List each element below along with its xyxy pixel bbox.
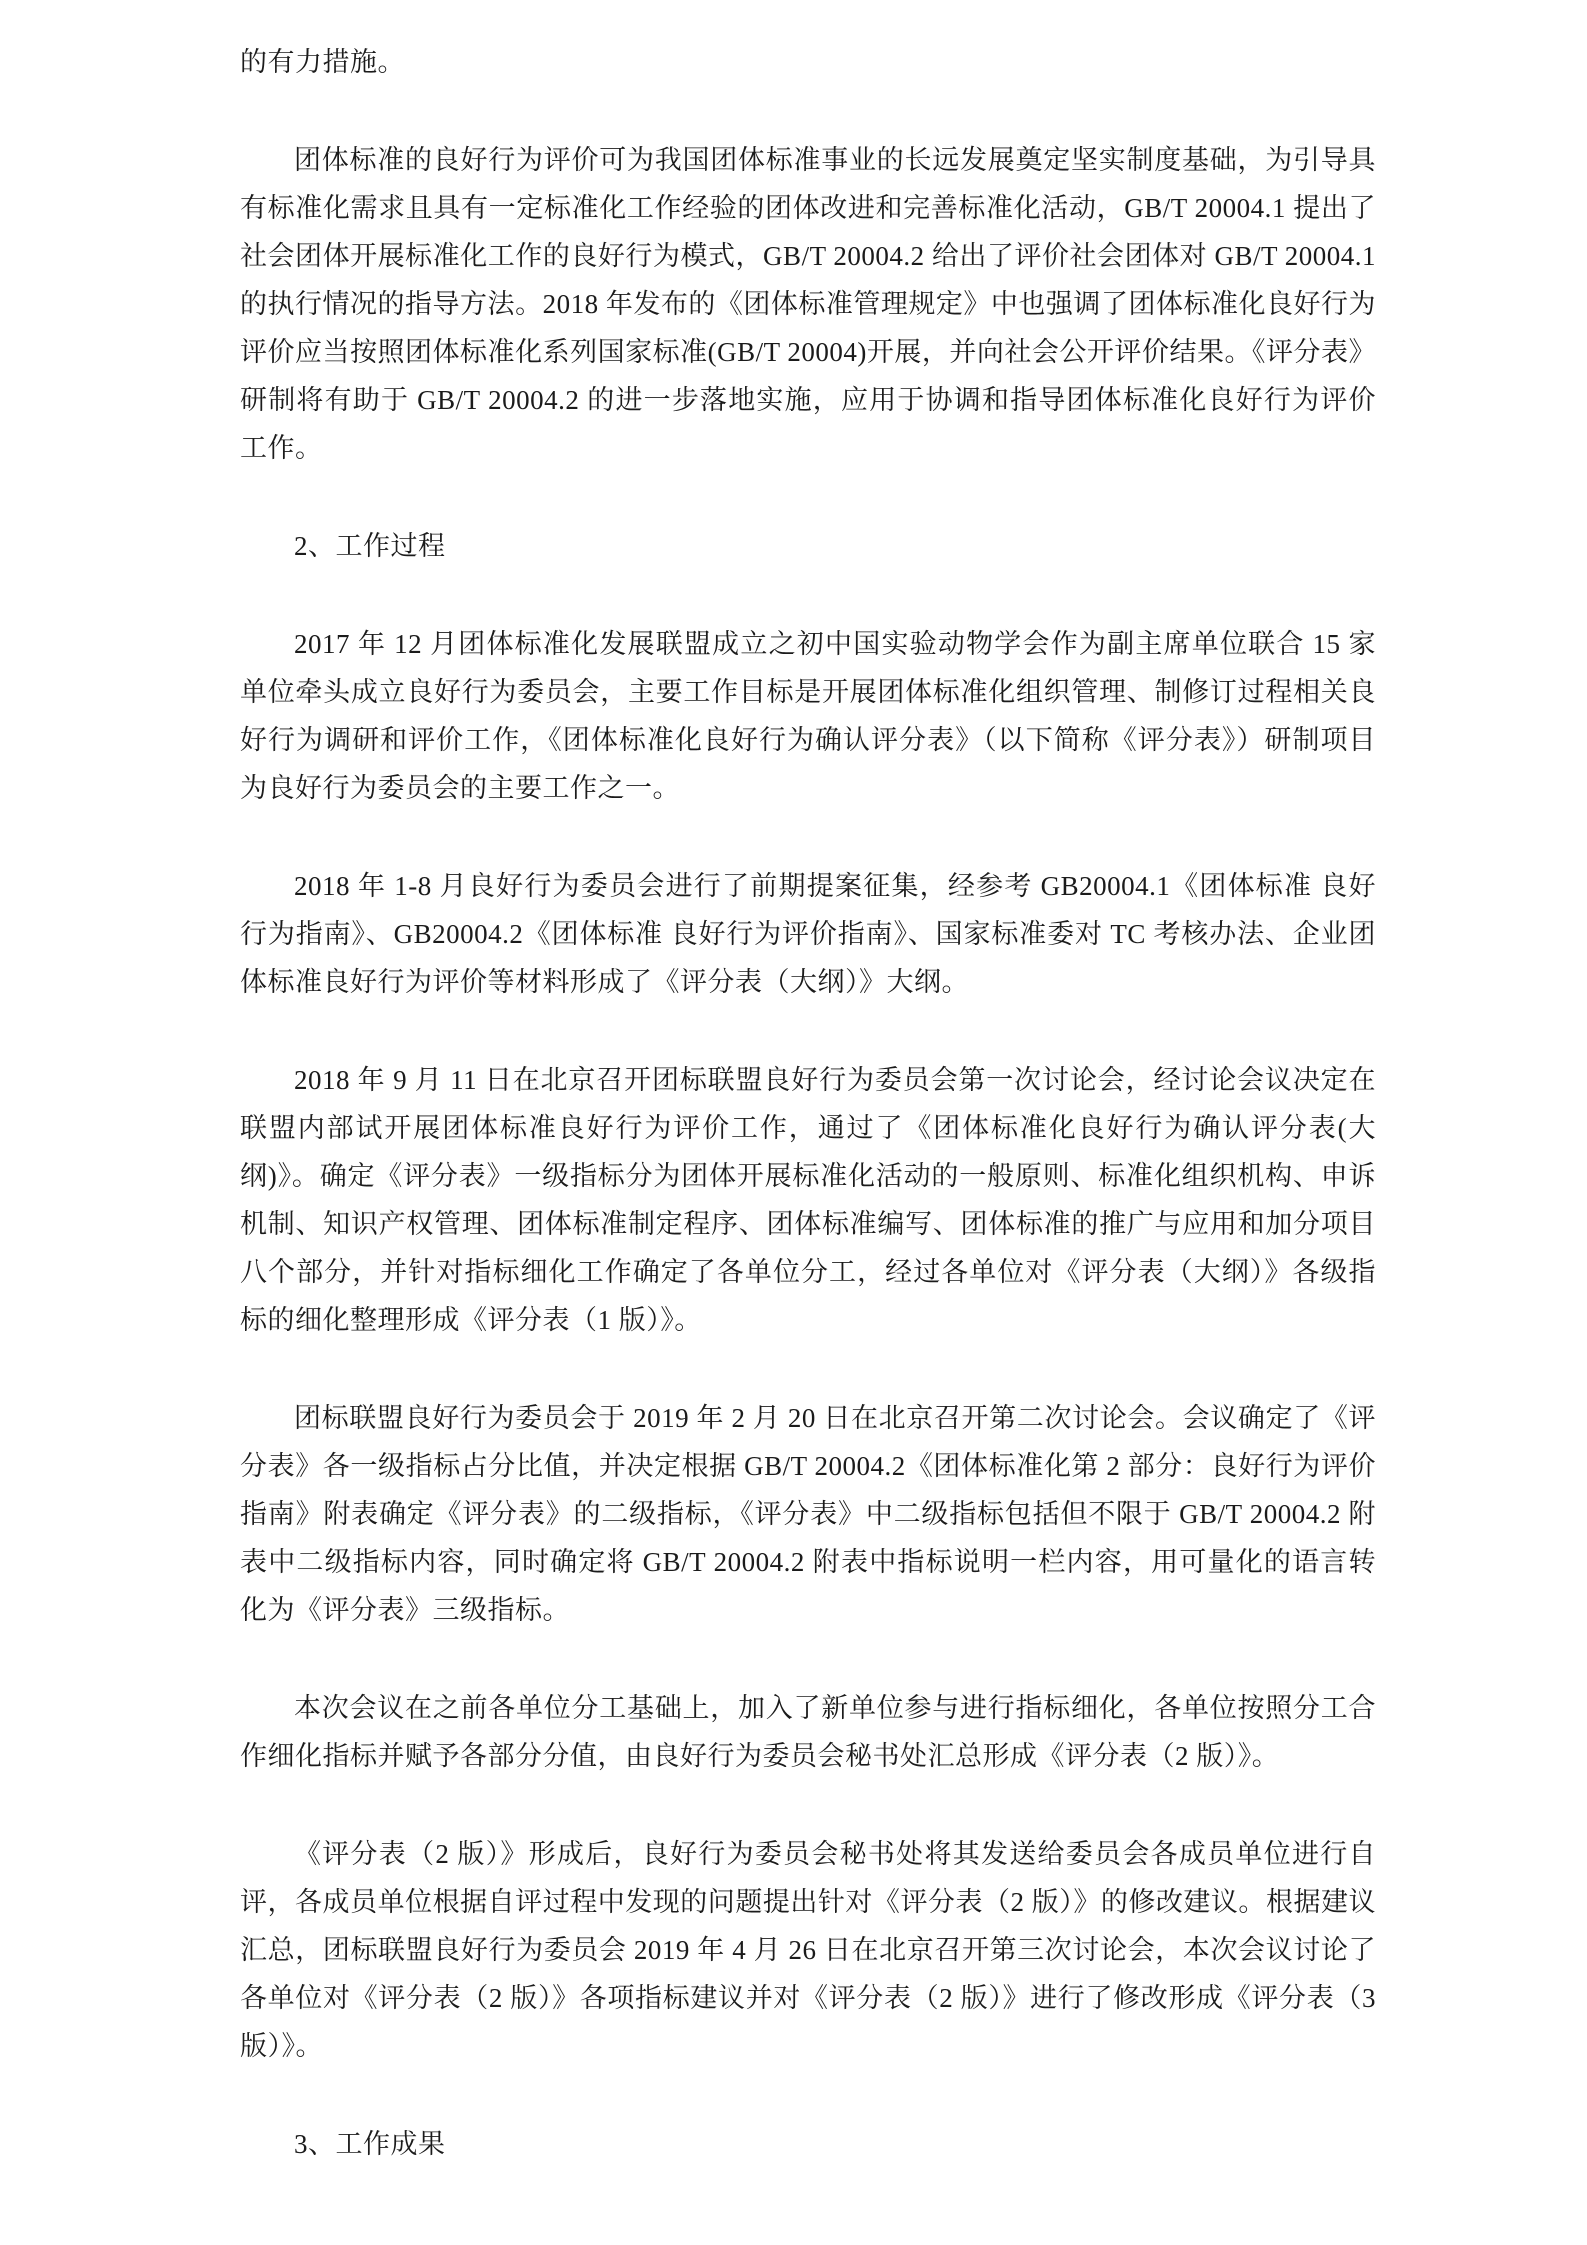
paragraph-2018-proposal-collection: 2018 年 1-8 月良好行为委员会进行了前期提案征集，经参考 GB20004…	[240, 862, 1376, 1006]
paragraph-2019-second-meeting: 团标联盟良好行为委员会于 2019 年 2 月 20 日在北京召开第二次讨论会。…	[240, 1394, 1376, 1634]
section-heading-work-process: 2、工作过程	[240, 522, 1376, 570]
paragraph-2017-committee-founding: 2017 年 12 月团体标准化发展联盟成立之初中国实验动物学会作为副主席单位联…	[240, 620, 1376, 812]
paragraph-indicator-refinement: 本次会议在之前各单位分工基础上，加入了新单位参与进行指标细化，各单位按照分工合作…	[240, 1684, 1376, 1780]
section-heading-work-results: 3、工作成果	[240, 2120, 1376, 2168]
document-page: 的有力措施。 团体标准的良好行为评价可为我国团体标准事业的长远发展奠定坚实制度基…	[0, 0, 1587, 2245]
paragraph-continuation: 的有力措施。	[240, 38, 1376, 86]
paragraph-2018-first-meeting: 2018 年 9 月 11 日在北京召开团标联盟良好行为委员会第一次讨论会，经讨…	[240, 1056, 1376, 1344]
document-text-area: 的有力措施。 团体标准的良好行为评价可为我国团体标准事业的长远发展奠定坚实制度基…	[240, 38, 1376, 2168]
paragraph-background-significance: 团体标准的良好行为评价可为我国团体标准事业的长远发展奠定坚实制度基础，为引导具有…	[240, 136, 1376, 472]
paragraph-2019-third-meeting: 《评分表（2 版）》形成后，良好行为委员会秘书处将其发送给委员会各成员单位进行自…	[240, 1830, 1376, 2070]
